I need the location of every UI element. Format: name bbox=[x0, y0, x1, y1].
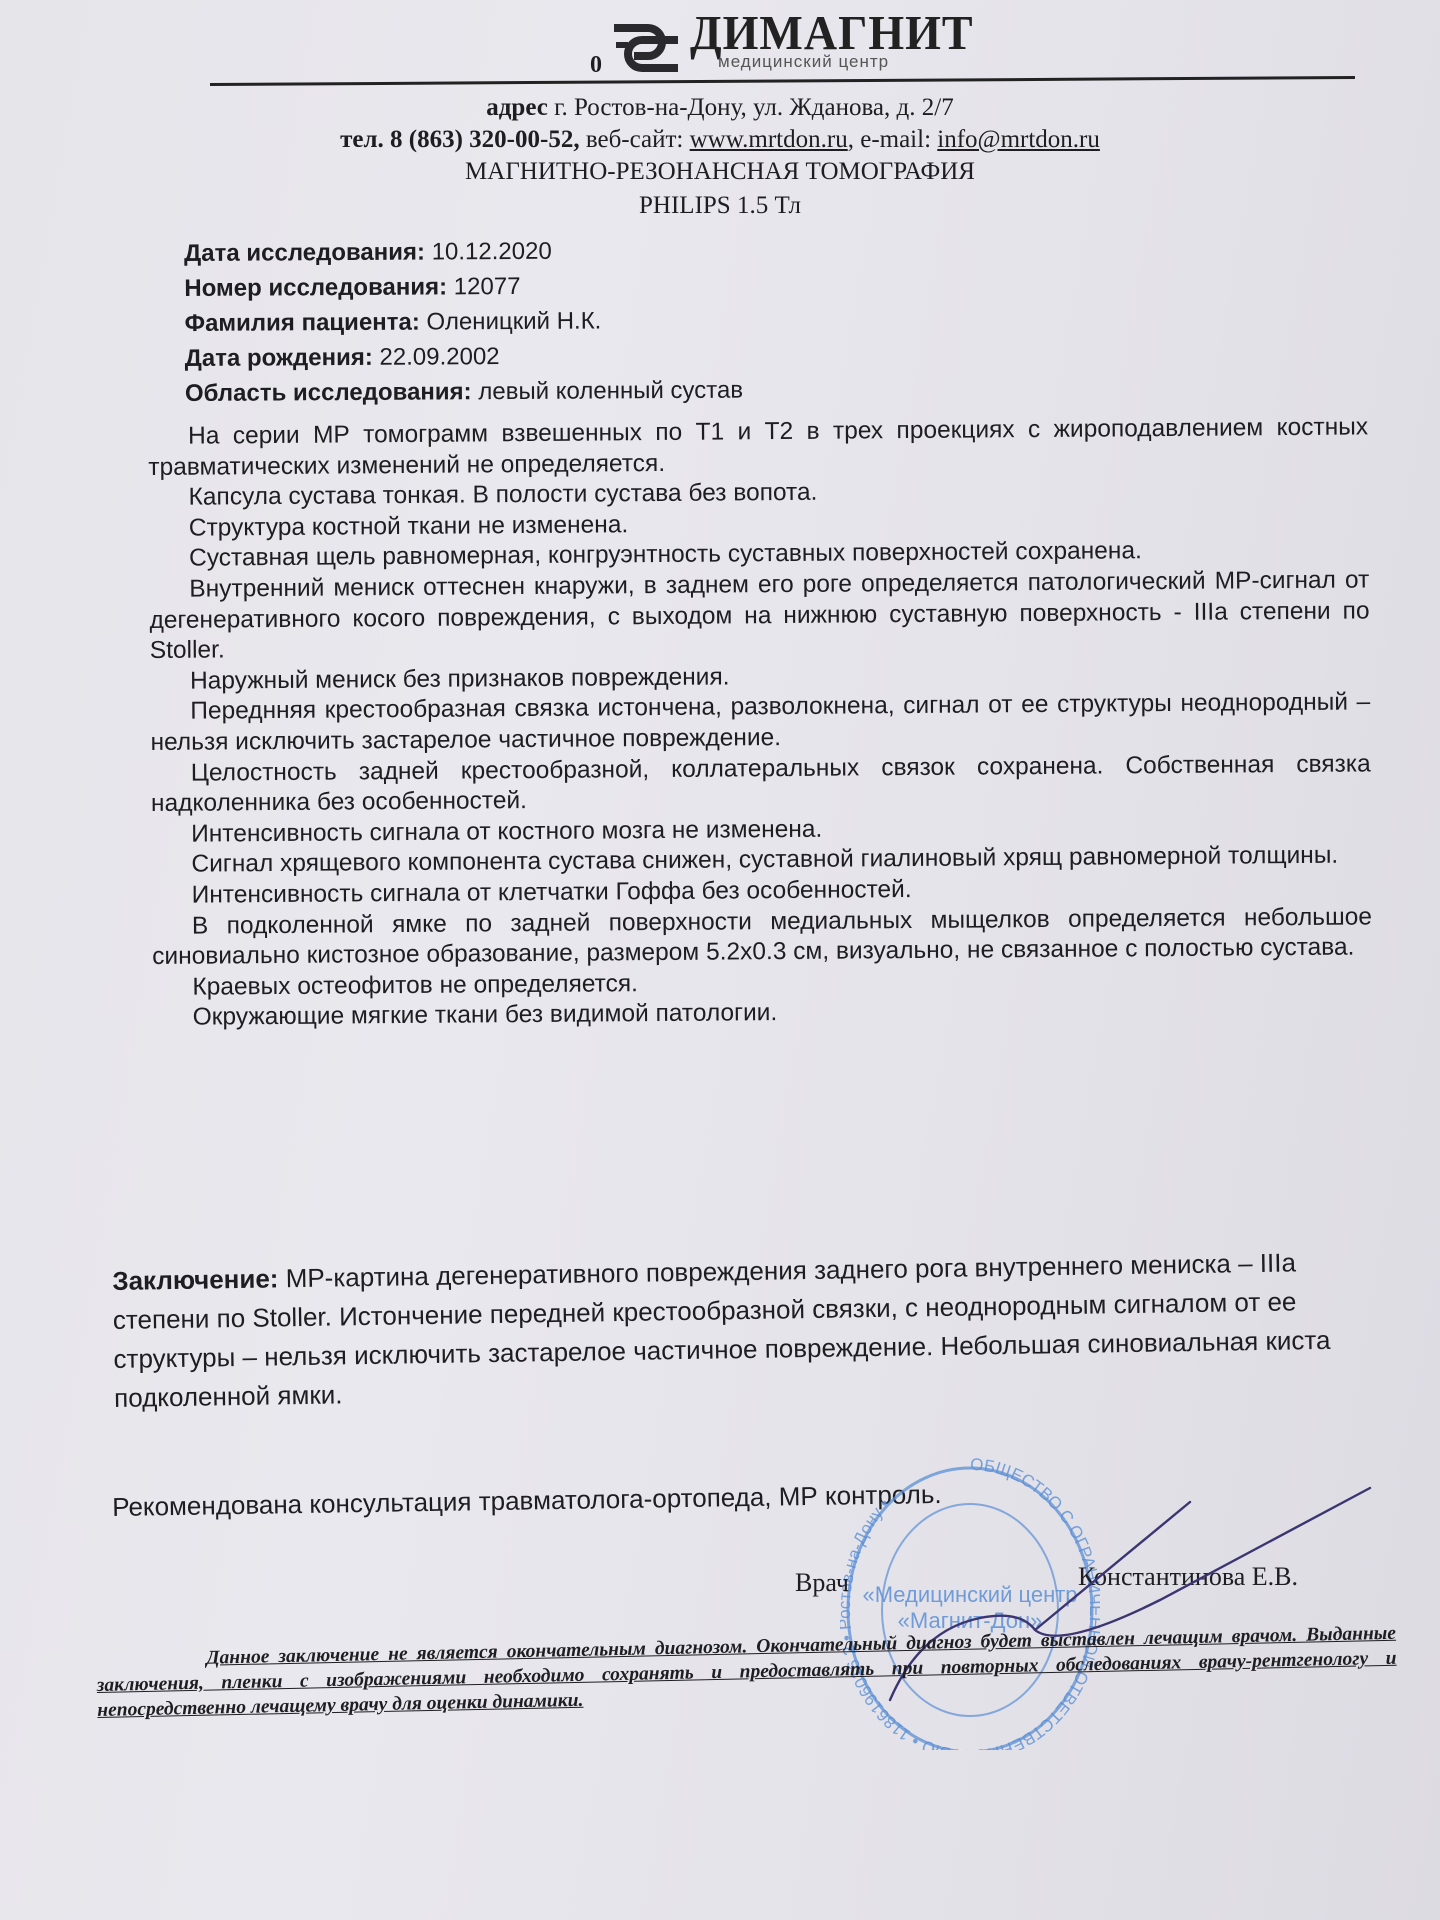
magnet-logo-icon bbox=[612, 14, 682, 74]
study-date-row: Дата исследования: 10.12.2020 bbox=[184, 233, 742, 271]
finding-paragraph: В подколенной ямке по задней поверхности… bbox=[152, 902, 1372, 973]
doctor-name: Константинова Е.В. bbox=[1078, 1562, 1298, 1592]
scanner-model: PHILIPS 1.5 Тл bbox=[0, 192, 1440, 220]
conclusion-section: Заключение: МР-картина дегенеративного п… bbox=[112, 1242, 1374, 1418]
clinic-logo-subtitle: медицинский центр bbox=[718, 52, 889, 72]
svg-text:«Медицинский центр: «Медицинский центр bbox=[862, 1582, 1077, 1607]
disclaimer-note: Данное заключение не является окончатель… bbox=[96, 1621, 1397, 1723]
medical-report-page: 0 ДИМАГНИТ медицинский центр адрес г. Ро… bbox=[0, 0, 1440, 1920]
page-number: 0 bbox=[590, 52, 602, 79]
finding-paragraph: Переднняя крестообразная связка истончен… bbox=[150, 688, 1370, 759]
birth-date-row: Дата рождения: 22.09.2002 bbox=[185, 338, 743, 376]
clinic-address: адрес г. Ростов-на-Дону, ул. Жданова, д.… bbox=[0, 94, 1440, 122]
conclusion-label: Заключение: bbox=[112, 1263, 279, 1296]
header-divider bbox=[210, 76, 1355, 86]
finding-paragraph: На серии МР томограмм взвешенных по Т1 и… bbox=[148, 412, 1368, 483]
recommendation: Рекомендована консультация травматолога-… bbox=[112, 1479, 942, 1523]
patient-name-row: Фамилия пациента: Оленицкий Н.К. bbox=[184, 303, 742, 341]
email-link[interactable]: info@mrtdon.ru bbox=[937, 126, 1100, 153]
patient-info: Дата исследования: 10.12.2020 Номер иссл… bbox=[184, 233, 743, 411]
conclusion-text: МР-картина дегенеративного повреждения з… bbox=[113, 1247, 1331, 1413]
clinic-contacts: тел. 8 (863) 320-00-52, веб-сайт: www.mr… bbox=[0, 126, 1440, 154]
modality-title: МАГНИТНО-РЕЗОНАНСНАЯ ТОМОГРАФИЯ bbox=[0, 158, 1440, 186]
finding-paragraph: Внутренний мениск оттеснен кнаружи, в за… bbox=[149, 565, 1370, 666]
study-area-row: Область исследования: левый коленный сус… bbox=[185, 373, 743, 411]
doctor-role: Врач bbox=[795, 1568, 849, 1598]
study-number-row: Номер исследования: 12077 bbox=[184, 268, 742, 306]
finding-paragraph: Целостность задней крестообразной, колла… bbox=[151, 749, 1371, 820]
website-link[interactable]: www.mrtdon.ru bbox=[690, 126, 848, 153]
findings-section: На серии МР томограмм взвешенных по Т1 и… bbox=[148, 412, 1373, 1033]
